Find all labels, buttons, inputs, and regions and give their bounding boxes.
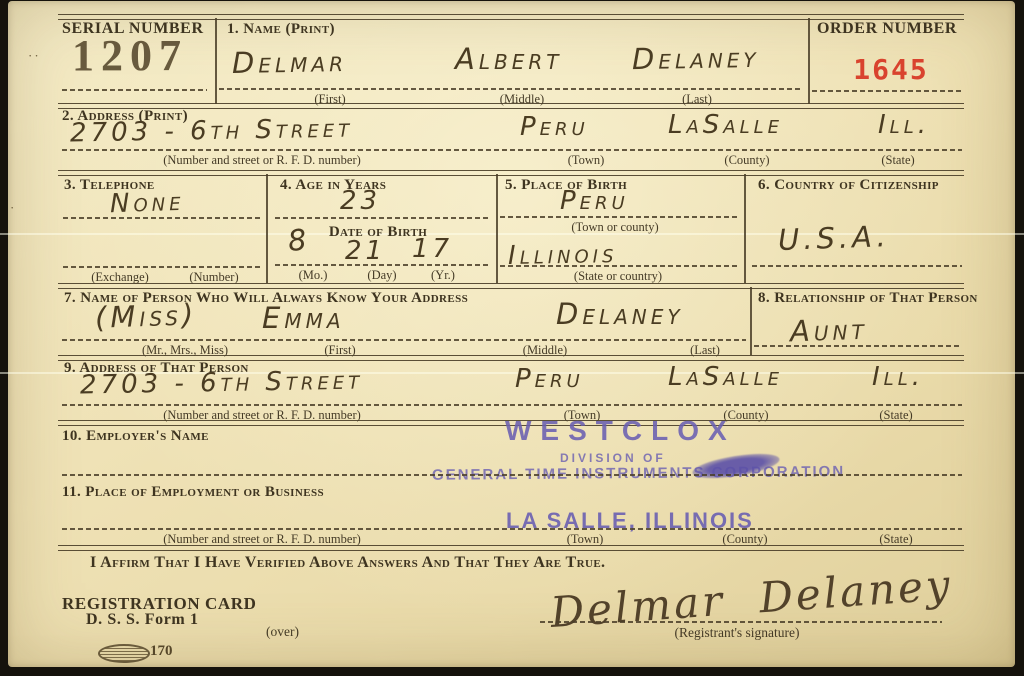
ink-speck: ·· [28, 48, 41, 64]
town-sublabel: (Town) [568, 153, 605, 168]
contact-address-county-value: LaSalle [668, 364, 783, 390]
telephone-entry-line [63, 217, 261, 219]
birthplace-town-value: Peru [560, 188, 629, 214]
column-divider [808, 18, 810, 104]
employer-entry-line [62, 474, 962, 476]
employer-stamp-line1: WESTCLOX [505, 417, 736, 445]
contact-first-value: Emma [262, 304, 345, 333]
contact-address-town-value: Peru [515, 366, 584, 392]
signature-sublabel: (Registrant's signature) [674, 625, 799, 641]
town-or-county-sublabel: (Town or county) [571, 220, 658, 235]
column-divider [496, 174, 498, 283]
employer-stamp-line2: DIVISION OF [560, 452, 666, 464]
serial-number-value: 1207 [72, 34, 188, 78]
employment-place-field-label: 11. Place of Employment or Business [62, 484, 324, 501]
over-label: (over) [266, 624, 299, 640]
print-code: 170 [150, 643, 173, 660]
column-divider [744, 174, 746, 283]
employment-place-entry-line [62, 528, 962, 530]
ink-speck: · [10, 200, 16, 216]
order-number-label: ORDER NUMBER [817, 20, 957, 38]
county-sublabel: (County) [724, 153, 769, 168]
contact-last-value: Delaney [556, 300, 684, 329]
address-town-value: Peru [520, 114, 589, 140]
day-sublabel: (Day) [367, 268, 396, 283]
contact-address-street-value: 2703 - 6th Street [80, 368, 364, 399]
section-rule [58, 545, 964, 551]
month-sublabel: (Mo.) [299, 268, 328, 283]
name-first-value: Delmar [232, 47, 347, 78]
name-field-label: 1. Name (Print) [227, 21, 335, 38]
affirmation-text: I Affirm That I Have Verified Above Answ… [90, 554, 605, 572]
section-rule [58, 283, 964, 289]
contact-entry-line [62, 339, 746, 341]
name-entry-line [219, 88, 803, 90]
contact-title-value: (Miss) [95, 300, 198, 333]
name-last-value: Delaney [632, 43, 760, 74]
contact-address-entry-line [62, 404, 962, 406]
relationship-entry-line [754, 345, 962, 347]
column-divider [215, 18, 217, 104]
address-street-value: 2703 - 6th Street [70, 116, 354, 147]
birthplace-state-line [500, 265, 738, 267]
column-divider [266, 174, 268, 283]
age-entry-line [275, 217, 488, 219]
relationship-value: Aunt [790, 315, 869, 347]
order-number-value: 1645 [853, 56, 928, 84]
citizenship-value: U.S.A. [778, 222, 891, 255]
registration-card-scan: ·· · SERIAL NUMBER 1207 1. Name (Print) … [0, 0, 1024, 676]
telephone-value: None [110, 189, 185, 218]
column-divider [750, 287, 752, 355]
serial-entry-line [62, 89, 207, 91]
printers-union-bug-icon [98, 644, 150, 663]
citizenship-field-label: 6. Country of Citizenship [758, 177, 947, 194]
birth-day-value: 21 [345, 238, 386, 264]
section-rule [58, 170, 964, 176]
telephone-entry-line2 [63, 266, 261, 268]
state-sublabel: (State) [881, 153, 914, 168]
dob-entry-line [275, 264, 488, 266]
age-value: 23 [340, 188, 381, 214]
street-sublabel: (Number and street or R. F. D. number) [163, 153, 361, 168]
order-entry-line [812, 90, 962, 92]
address-county-value: LaSalle [668, 112, 783, 138]
relationship-field-label: 8. Relationship of That Person [758, 290, 987, 307]
form-number: D. S. S. Form 1 [86, 611, 199, 629]
section-rule [58, 103, 964, 109]
address-entry-line [62, 149, 962, 151]
signature-entry-line [540, 621, 942, 623]
contact-address-state-value: Ill. [872, 364, 924, 390]
address-state-value: Ill. [878, 112, 930, 138]
birth-month-value: 8 [287, 225, 312, 256]
state-or-country-sublabel: (State or country) [574, 269, 662, 284]
year-sublabel: (Yr.) [431, 268, 455, 283]
birthplace-town-line [500, 216, 738, 218]
birth-year-value: 17 [412, 236, 453, 262]
name-middle-value: Albert [455, 45, 562, 74]
citizenship-entry-line [752, 265, 962, 267]
employer-field-label: 10. Employer's Name [62, 428, 209, 445]
